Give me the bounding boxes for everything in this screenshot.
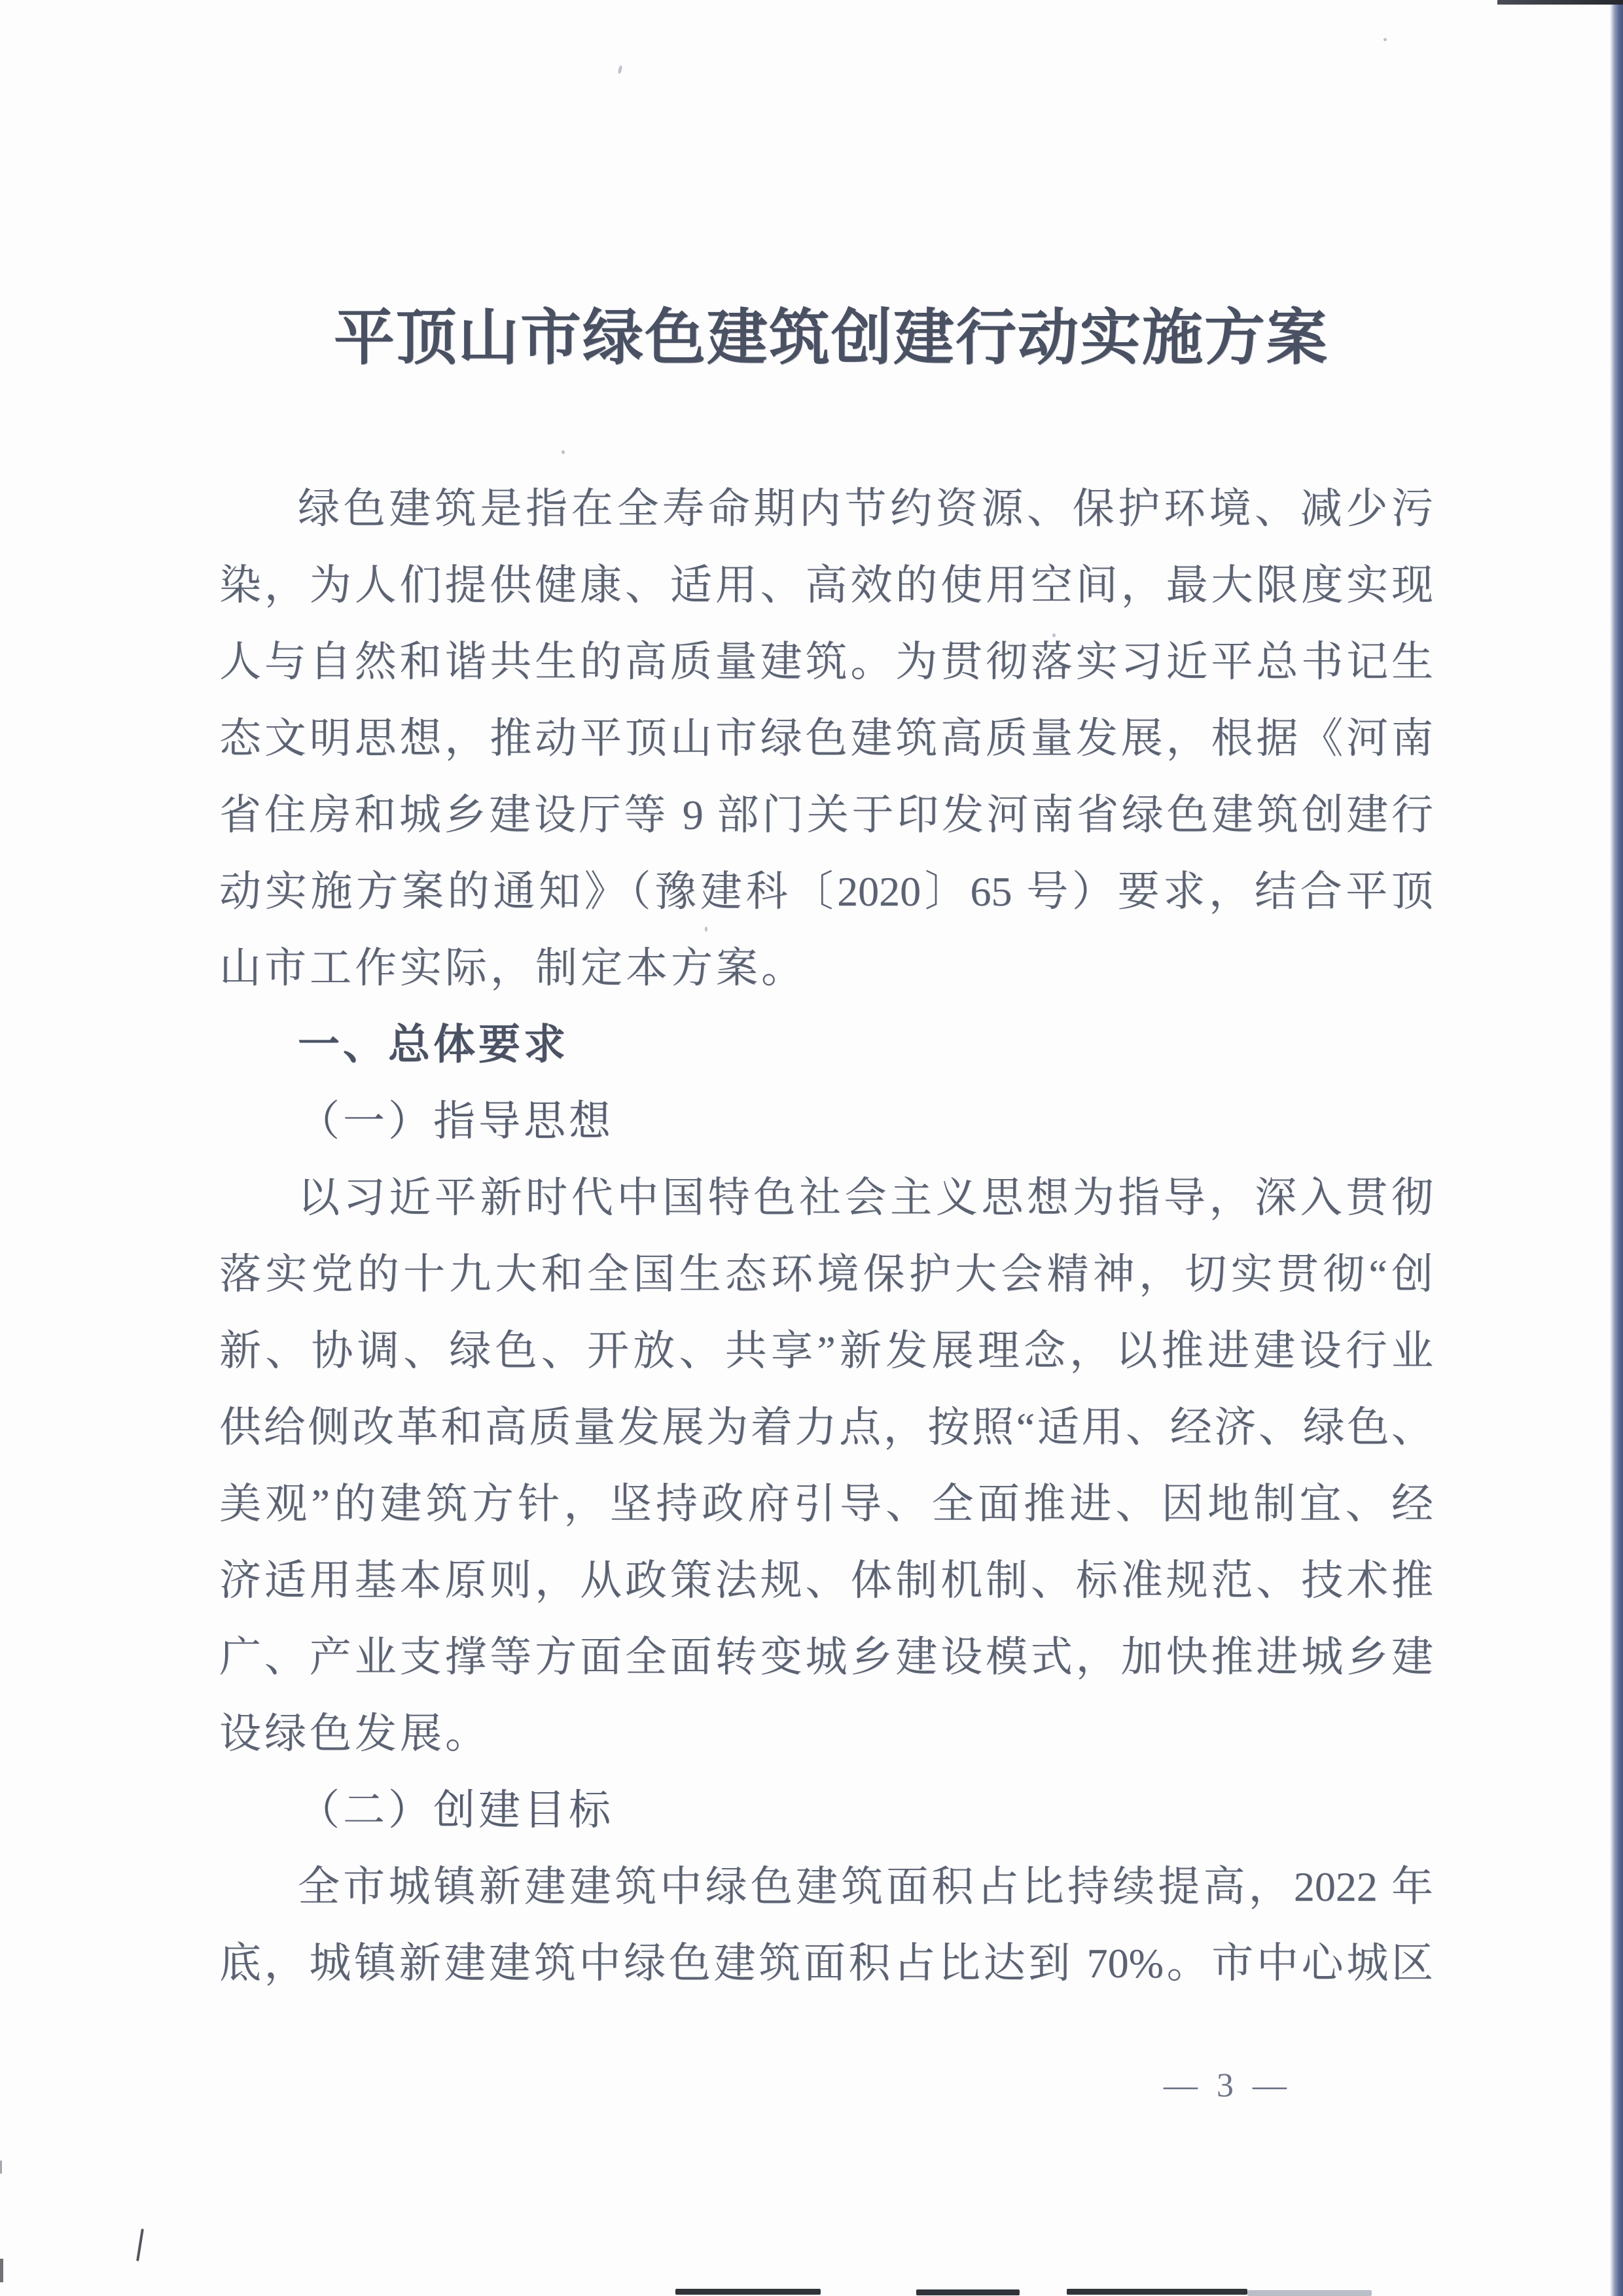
scan-top-right-edge-line: [1497, 0, 1623, 5]
body-line: 动实施方案的通知》（豫建科〔2020〕65 号）要求，结合平顶: [219, 853, 1433, 930]
body-line: 济适用基本原则，从政策法规、体制机制、标准规范、技术推: [219, 1542, 1433, 1619]
scan-speck: [618, 65, 623, 75]
scan-speck: [562, 450, 565, 454]
body-line: 落实党的十九大和全国生态环境保护大会精神，切实贯彻“创: [219, 1236, 1433, 1313]
pen-stroke-mark: [136, 2229, 144, 2261]
subsection-heading: （二）创建目标: [219, 1772, 1433, 1848]
document-body: 绿色建筑是指在全寿命期内节约资源、保护环境、减少污 染，为人们提供健康、适用、高…: [219, 470, 1433, 2002]
body-line: 美观”的建筑方针，坚持政府引导、全面推进、因地制宜、经: [219, 1466, 1433, 1542]
subsection-heading: （一）指导思想: [219, 1083, 1433, 1159]
scan-left-edge-mark: [0, 2161, 2, 2174]
body-line: 广、产业支撑等方面全面转变城乡建设模式，加快推进城乡建: [219, 1619, 1433, 1695]
body-line: 新、协调、绿色、开放、共享”新发展理念，以推进建设行业: [219, 1313, 1433, 1389]
body-line: 染，为人们提供健康、适用、高效的使用空间，最大限度实现: [219, 547, 1433, 624]
scan-speck: [705, 927, 707, 932]
body-line: 山市工作实际，制定本方案。: [219, 930, 1433, 1006]
body-line: 设绿色发展。: [219, 1695, 1433, 1772]
scan-speck: [1052, 633, 1056, 637]
body-line: 全市城镇新建建筑中绿色建筑面积占比持续提高，2022 年: [219, 1848, 1433, 1925]
scan-bottom-edge-mark: [675, 2289, 821, 2295]
page-number: — 3 —: [1164, 2065, 1373, 2107]
body-line: 底，城镇新建建筑中绿色建筑面积占比达到 70%。市中心城区: [219, 1925, 1433, 2002]
scanned-document-page: 平顶山市绿色建筑创建行动实施方案 绿色建筑是指在全寿命期内节约资源、保护环境、减…: [0, 0, 1623, 2296]
scan-speck: [1383, 38, 1387, 41]
scan-bottom-edge-mark: [916, 2289, 1020, 2295]
body-line: 绿色建筑是指在全寿命期内节约资源、保护环境、减少污: [219, 470, 1433, 547]
body-line: 供给侧改革和高质量发展为着力点，按照“适用、经济、绿色、: [219, 1389, 1433, 1466]
body-line: 人与自然和谐共生的高质量建筑。为贯彻落实习近平总书记生: [219, 624, 1433, 700]
scan-left-edge-mark: [0, 2259, 3, 2282]
body-line: 态文明思想，推动平顶山市绿色建筑高质量发展，根据《河南: [219, 700, 1433, 777]
scan-bottom-edge-mark: [1067, 2289, 1247, 2295]
body-line: 以习近平新时代中国特色社会主义思想为指导，深入贯彻: [219, 1159, 1433, 1236]
scan-bottom-edge-mark: [1247, 2290, 1372, 2296]
document-title: 平顶山市绿色建筑创建行动实施方案: [0, 306, 1623, 372]
scan-right-edge-shadow: [1610, 0, 1623, 2296]
section-heading: 一、总体要求: [219, 1006, 1433, 1083]
body-line: 省住房和城乡建设厅等 9 部门关于印发河南省绿色建筑创建行: [219, 777, 1433, 853]
